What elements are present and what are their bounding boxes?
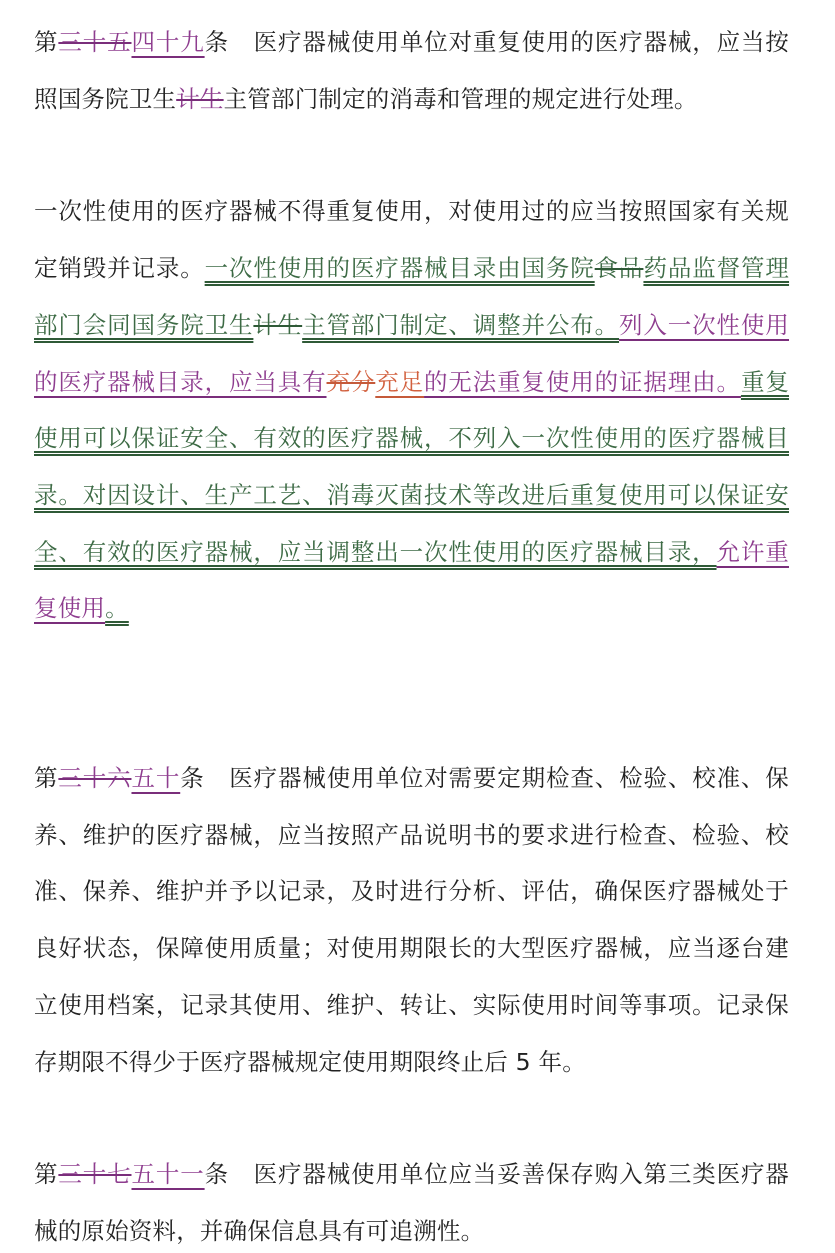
inserted-text: 重复使用可以保证安全、有效的医疗器械，不列入一次性使用的医疗器械目录。对因设计、… bbox=[34, 368, 789, 566]
deleted-text: 计生 bbox=[176, 85, 223, 113]
paragraph-gap bbox=[34, 1090, 789, 1146]
article-prefix: 第 bbox=[34, 28, 58, 56]
deleted-article-number: 三十七 bbox=[58, 1160, 131, 1188]
article-text: 年。 bbox=[539, 1048, 586, 1076]
inserted-article-number: 四十九 bbox=[131, 28, 204, 56]
inserted-text: 的无法重复使用的证据理由。 bbox=[424, 368, 741, 396]
inserted-text: 。 bbox=[105, 594, 129, 622]
deleted-article-number: 三十六 bbox=[58, 764, 131, 792]
inserted-text: 充足 bbox=[375, 368, 424, 396]
article-text: 医疗器械使用单位对需要定期检查、检验、校准、保养、维护的医疗器械，应当按照产品说… bbox=[34, 764, 789, 1076]
paragraph-gap bbox=[34, 637, 789, 750]
article-51: 第三十七五十一条医疗器械使用单位应当妥善保存购入第三类医疗器械的原始资料，并确保… bbox=[34, 1146, 789, 1253]
article-suffix: 条 bbox=[205, 28, 229, 56]
inserted-article-number: 五十一 bbox=[131, 1160, 204, 1188]
article-suffix: 条 bbox=[180, 764, 204, 792]
deleted-article-number: 三十五 bbox=[58, 28, 131, 56]
paragraph-gap bbox=[34, 127, 789, 183]
article-prefix: 第 bbox=[34, 1160, 58, 1188]
inserted-article-number: 五十 bbox=[131, 764, 180, 792]
inserted-text: 一次性使用的医疗器械目录由国务院 bbox=[205, 254, 595, 282]
inserted-text: 主管部门制定、调整并公布。 bbox=[302, 311, 619, 339]
document-body: 第三十五四十九条医疗器械使用单位对重复使用的医疗器械，应当按照国务院卫生计生主管… bbox=[34, 14, 789, 1253]
years-value: 5 bbox=[516, 1048, 531, 1076]
article-text: 主管部门制定的消毒和管理的规定进行处理。 bbox=[224, 85, 698, 113]
deleted-text: 充分 bbox=[327, 368, 376, 396]
article-suffix: 条 bbox=[205, 1160, 229, 1188]
article-49-paragraph-1: 第三十五四十九条医疗器械使用单位对重复使用的医疗器械，应当按照国务院卫生计生主管… bbox=[34, 14, 789, 127]
article-49-paragraph-2: 一次性使用的医疗器械不得重复使用，对使用过的应当按照国家有关规定销毁并记录。一次… bbox=[34, 183, 789, 637]
article-50: 第三十六五十条医疗器械使用单位对需要定期检查、检验、校准、保养、维护的医疗器械，… bbox=[34, 750, 789, 1090]
deleted-text: 食品 bbox=[595, 254, 644, 282]
article-prefix: 第 bbox=[34, 764, 58, 792]
deleted-text: 计生 bbox=[253, 311, 302, 339]
